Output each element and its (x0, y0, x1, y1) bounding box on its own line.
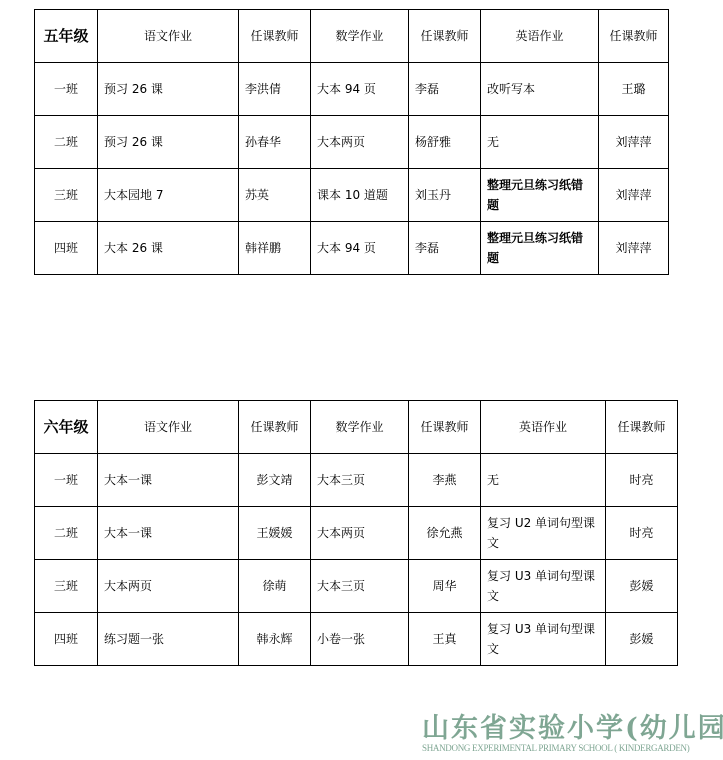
table-row: 三班 大本园地 7 苏英 课本 10 道题 刘玉丹 整理元旦练习纸错题 刘萍萍 (35, 169, 669, 222)
grade-label: 六年级 (35, 401, 98, 454)
table-header-row: 五年级 语文作业 任课教师 数学作业 任课教师 英语作业 任课教师 (35, 10, 669, 63)
chinese-teacher: 苏英 (239, 169, 311, 222)
chinese-teacher: 孙春华 (239, 116, 311, 169)
table-row: 三班 大本两页 徐萌 大本三页 周华 复习 U3 单词句型课文 彭媛 (35, 560, 678, 613)
math-homework: 大本两页 (311, 507, 409, 560)
english-homework: 改听写本 (481, 63, 599, 116)
school-name-english: SHANDONG EXPERIMENTAL PRIMARY SCHOOL ( K… (422, 743, 717, 753)
header-math-homework: 数学作业 (311, 401, 409, 454)
chinese-teacher: 彭文靖 (239, 454, 311, 507)
table-row: 四班 练习题一张 韩永辉 小卷一张 王真 复习 U3 单词句型课文 彭媛 (35, 613, 678, 666)
math-teacher: 王真 (409, 613, 481, 666)
math-homework: 大本 94 页 (311, 63, 409, 116)
math-teacher: 周华 (409, 560, 481, 613)
math-homework: 课本 10 道题 (311, 169, 409, 222)
chinese-teacher: 韩永辉 (239, 613, 311, 666)
grade5-homework-table: 五年级 语文作业 任课教师 数学作业 任课教师 英语作业 任课教师 一班 预习 … (34, 9, 669, 275)
english-homework: 复习 U2 单词句型课文 (481, 507, 606, 560)
table-header-row: 六年级 语文作业 任课教师 数学作业 任课教师 英语作业 任课教师 (35, 401, 678, 454)
class-name: 一班 (35, 454, 98, 507)
english-teacher: 彭媛 (606, 560, 678, 613)
header-math-homework: 数学作业 (311, 10, 409, 63)
header-english-homework: 英语作业 (481, 10, 599, 63)
chinese-teacher: 韩祥鹏 (239, 222, 311, 275)
grade6-homework-table: 六年级 语文作业 任课教师 数学作业 任课教师 英语作业 任课教师 一班 大本一… (34, 400, 678, 666)
english-homework: 无 (481, 454, 606, 507)
chinese-homework: 大本一课 (98, 454, 239, 507)
header-teacher: 任课教师 (409, 10, 481, 63)
class-name: 三班 (35, 560, 98, 613)
chinese-teacher: 徐萌 (239, 560, 311, 613)
chinese-homework: 大本两页 (98, 560, 239, 613)
english-homework: 复习 U3 单词句型课文 (481, 613, 606, 666)
chinese-homework: 练习题一张 (98, 613, 239, 666)
math-homework: 大本三页 (311, 560, 409, 613)
header-teacher: 任课教师 (239, 401, 311, 454)
math-teacher: 刘玉丹 (409, 169, 481, 222)
english-homework: 复习 U3 单词句型课文 (481, 560, 606, 613)
table-row: 二班 预习 26 课 孙春华 大本两页 杨舒雅 无 刘萍萍 (35, 116, 669, 169)
english-teacher: 刘萍萍 (599, 222, 669, 275)
english-teacher: 王璐 (599, 63, 669, 116)
chinese-homework: 大本园地 7 (98, 169, 239, 222)
header-teacher: 任课教师 (409, 401, 481, 454)
chinese-homework: 大本 26 课 (98, 222, 239, 275)
header-teacher: 任课教师 (239, 10, 311, 63)
english-homework: 无 (481, 116, 599, 169)
class-name: 二班 (35, 116, 98, 169)
header-chinese-homework: 语文作业 (98, 401, 239, 454)
chinese-homework: 大本一课 (98, 507, 239, 560)
class-name: 四班 (35, 613, 98, 666)
english-teacher: 时亮 (606, 507, 678, 560)
math-teacher: 李磊 (409, 63, 481, 116)
header-english-homework: 英语作业 (481, 401, 606, 454)
header-teacher: 任课教师 (599, 10, 669, 63)
math-homework: 大本两页 (311, 116, 409, 169)
class-name: 二班 (35, 507, 98, 560)
math-teacher: 李燕 (409, 454, 481, 507)
school-logo: 山东省实验小学(幼儿园) SHANDONG EXPERIMENTAL PRIMA… (422, 706, 717, 753)
math-teacher: 徐允燕 (409, 507, 481, 560)
table-row: 四班 大本 26 课 韩祥鹏 大本 94 页 李磊 整理元旦练习纸错题 刘萍萍 (35, 222, 669, 275)
english-teacher: 时亮 (606, 454, 678, 507)
header-chinese-homework: 语文作业 (98, 10, 239, 63)
school-name-chinese: 山东省实验小学(幼儿园) (422, 706, 717, 745)
english-teacher: 刘萍萍 (599, 116, 669, 169)
chinese-homework: 预习 26 课 (98, 63, 239, 116)
english-homework: 整理元旦练习纸错题 (481, 222, 599, 275)
class-name: 四班 (35, 222, 98, 275)
table-row: 一班 大本一课 彭文靖 大本三页 李燕 无 时亮 (35, 454, 678, 507)
class-name: 三班 (35, 169, 98, 222)
header-teacher: 任课教师 (606, 401, 678, 454)
english-teacher: 刘萍萍 (599, 169, 669, 222)
math-homework: 大本 94 页 (311, 222, 409, 275)
math-teacher: 李磊 (409, 222, 481, 275)
english-homework: 整理元旦练习纸错题 (481, 169, 599, 222)
math-teacher: 杨舒雅 (409, 116, 481, 169)
table-row: 二班 大本一课 王媛媛 大本两页 徐允燕 复习 U2 单词句型课文 时亮 (35, 507, 678, 560)
grade-label: 五年级 (35, 10, 98, 63)
table-row: 一班 预习 26 课 李洪倩 大本 94 页 李磊 改听写本 王璐 (35, 63, 669, 116)
class-name: 一班 (35, 63, 98, 116)
chinese-teacher: 李洪倩 (239, 63, 311, 116)
chinese-homework: 预习 26 课 (98, 116, 239, 169)
math-homework: 小卷一张 (311, 613, 409, 666)
chinese-teacher: 王媛媛 (239, 507, 311, 560)
english-teacher: 彭媛 (606, 613, 678, 666)
math-homework: 大本三页 (311, 454, 409, 507)
